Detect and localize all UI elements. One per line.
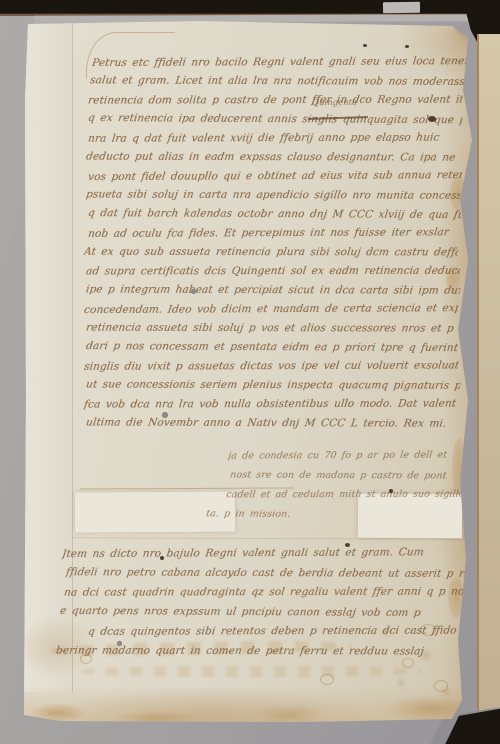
text-line: ad supra certificatis dcis Quingenti sol… [85, 264, 461, 280]
text-line: cadell et ad cedulam mith st anulo suo s… [225, 488, 465, 504]
stain-ring [402, 658, 414, 668]
puncture-hole [162, 412, 168, 418]
text-line: fca vob dca nra lra vob nulla obsistenti… [83, 397, 459, 413]
text-line: retinencia dom solita p castro de pont f… [87, 93, 463, 109]
puncture-hole [117, 641, 122, 646]
text-line: nra lra q dat fuit valent xviij die ffeb… [87, 130, 463, 146]
interlinear-correction: Quingenta [312, 98, 357, 109]
crease-line [72, 537, 468, 539]
gray-tab [383, 2, 420, 14]
stain-ring [320, 674, 334, 685]
text-line: Petrus etc ffideli nro bacilo Regni vale… [91, 54, 467, 71]
text-line: na dci cast quadrin quadraginta qz sol r… [63, 585, 473, 601]
flyleaf-edge [34, 14, 476, 23]
stain-ring [434, 680, 448, 692]
text-line: nob ad oculu fca fides. Et percepimus in… [87, 225, 463, 242]
text-line: ut sue concessionis seriem plenius inspe… [85, 377, 461, 393]
text-line: psueta sibi soluj in carta nra apendicio… [85, 187, 461, 203]
text-line: ipe p integrum habeat et percipiat sicut… [85, 282, 461, 298]
text-line: ffideli nro petro cabana alcaydo cast de… [65, 565, 475, 582]
ink-speck [405, 45, 409, 48]
text-line: ta. p in mission. [205, 507, 445, 523]
text-line: nost sre con de madona p castro de pont [229, 468, 469, 484]
binding-shadow-top [0, 0, 500, 14]
text-line: q ex retinencia ipa deducerent annis sin… [87, 111, 463, 128]
ink-blot [428, 116, 436, 122]
text-line: salut et gram. Licet int alia lra nra no… [89, 73, 465, 90]
ink-speck [389, 489, 393, 493]
manuscript-page: Petrus etc ffideli nro bacilo Regni vale… [22, 18, 480, 724]
ink-speck [363, 44, 367, 47]
ink-speck [345, 543, 350, 547]
text-line: q dat fuit barch kalendas octobr anno dn… [87, 206, 463, 223]
text-line: ja de condesia cu 70 fo p ar po le dell … [227, 448, 467, 464]
text-line: concedendam. Ideo vob dicim et mandam de… [83, 301, 459, 318]
next-leaf-edge [477, 34, 500, 720]
text-line: At ex quo sub assueta retinencia plura s… [83, 245, 459, 261]
text-line: deducto put alias in eadm expssas clauso… [85, 150, 461, 166]
puncture-hole [191, 289, 196, 294]
text-line: dari p nos concessam et psentata eidm ea… [85, 339, 461, 356]
text-line: ultima die Novembr anno a Nativ dnj M CC… [85, 415, 461, 431]
text-line: singlis diu vixit p assuetas dictas vos … [83, 358, 459, 374]
text-line: vos pont fidel douupllo qui e obtinet ad… [87, 168, 463, 185]
ink-speck [160, 556, 164, 560]
text-line: e quarto pens nros expssum ul pncipiu ca… [59, 604, 469, 621]
text-line: Jtem ns dicto nro bajulo Regni valent gn… [61, 545, 471, 562]
text-line: beringr madarno quart in comen de petra … [55, 643, 465, 659]
manuscript-photo: Petrus etc ffideli nro bacilo Regni vale… [0, 0, 500, 744]
text-line: retinencia assueta sibi soluj p vos et a… [85, 321, 461, 337]
text-line: q dcas quingentos sibi retentos deben p … [87, 624, 497, 640]
